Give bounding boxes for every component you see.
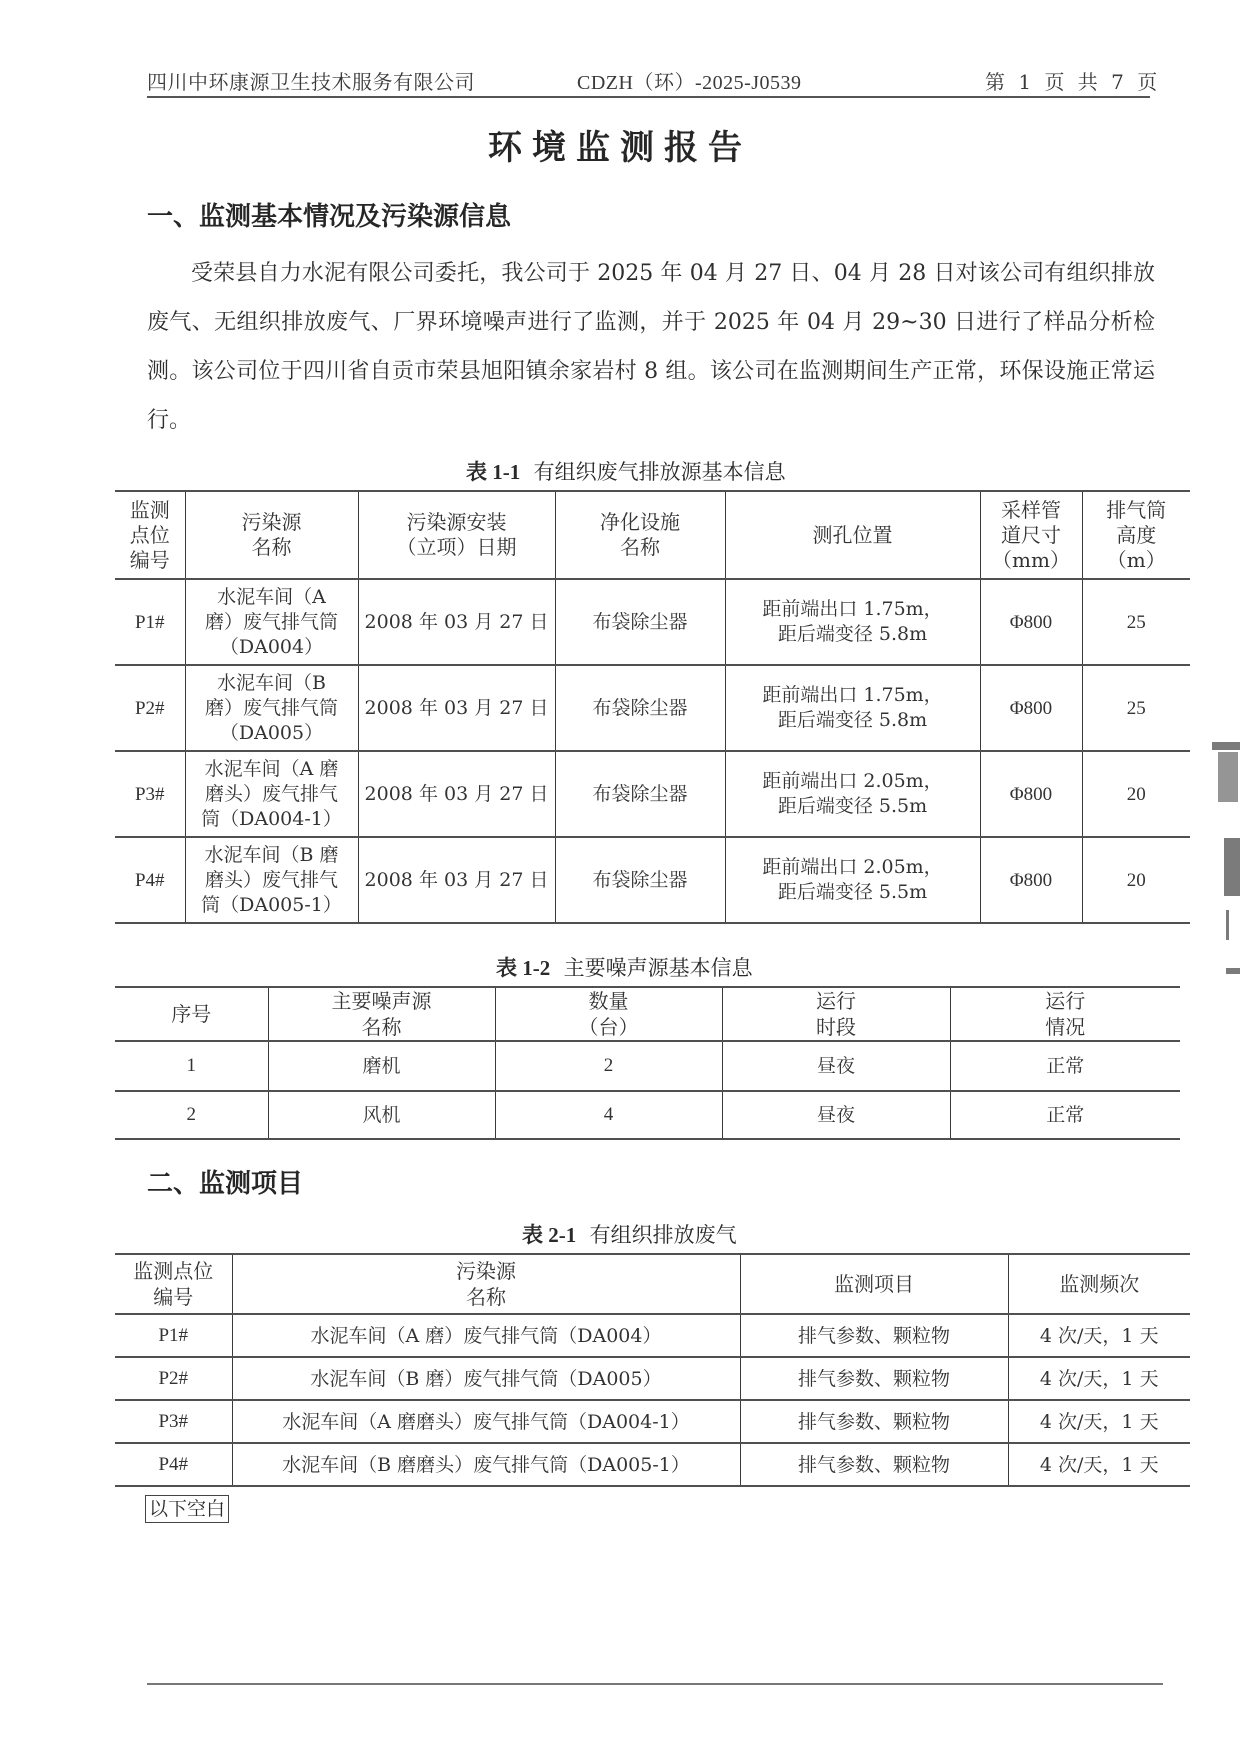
duct-size-cell: Φ800 [980, 579, 1082, 665]
install-date-cell: 2008 年 03 月 27 日 [358, 837, 555, 923]
table-1-1-header-cell: 监测 点位 编号 [115, 491, 185, 579]
frequency-cell: 4 次/天，1 天 [1008, 1443, 1190, 1486]
point-id-cell: P1# [115, 579, 185, 665]
document-title: 环境监测报告 [0, 120, 1240, 169]
stack-height-cell: 20 [1082, 751, 1190, 837]
table-1-1-caption-number: 表 1-1 [466, 460, 520, 484]
point-id-cell: P1# [115, 1314, 232, 1357]
table-1-1-header-cell: 污染源安装 （立项）日期 [358, 491, 555, 579]
source-name-cell: 水泥车间（A 磨磨头）废气排气筒（DA004-1） [232, 1400, 740, 1443]
source-name-cell: 水泥车间（B 磨）废气排气筒（DA005） [232, 1357, 740, 1400]
table-row: 2 风机 4 昼夜 正常 [115, 1091, 1180, 1139]
source-name-cell: 水泥车间（B 磨磨头）废气排气筒（DA005-1） [232, 1443, 740, 1486]
section-1-paragraph: 受荣县自力水泥有限公司委托，我公司于 2025 年 04 月 27 日、04 月… [147, 249, 1155, 445]
seal-fragment-icon [1212, 742, 1240, 750]
seq-cell: 1 [115, 1041, 268, 1091]
table-2-1-header-row: 监测点位 编号 污染源 名称 监测项目 监测频次 [115, 1254, 1190, 1314]
table-row: P1# 水泥车间（A 磨）废气排气筒（DA004） 排气参数、颗粒物 4 次/天… [115, 1314, 1190, 1357]
table-1-2-header-cell: 序号 [115, 987, 268, 1041]
table-1-2-header-cell: 运行 时段 [722, 987, 950, 1041]
source-name-cell: 水泥车间（A 磨）废气排气筒（DA004） [232, 1314, 740, 1357]
monitoring-item-cell: 排气参数、颗粒物 [740, 1400, 1008, 1443]
seal-fragment-icon [1226, 910, 1229, 940]
noise-source-cell: 磨机 [268, 1041, 495, 1091]
frequency-cell: 4 次/天，1 天 [1008, 1357, 1190, 1400]
point-id-cell: P2# [115, 665, 185, 751]
table-1-2-header-cell: 数量 （台） [495, 987, 722, 1041]
table-2-1: 监测点位 编号 污染源 名称 监测项目 监测频次 P1# 水泥车间（A 磨）废气… [115, 1253, 1190, 1487]
table-row: P2# 水泥车间（B 磨）废气排气筒 （DA005） 2008 年 03 月 2… [115, 665, 1190, 751]
table-1-1: 监测 点位 编号 污染源 名称 污染源安装 （立项）日期 净化设施 名称 测孔位… [115, 490, 1190, 924]
point-id-cell: P3# [115, 751, 185, 837]
seal-fragment-icon [1218, 752, 1238, 802]
table-1-2-header-cell: 运行 情况 [950, 987, 1180, 1041]
duct-size-cell: Φ800 [980, 837, 1082, 923]
stack-height-cell: 25 [1082, 579, 1190, 665]
operating-period-cell: 昼夜 [722, 1041, 950, 1091]
table-row: P3# 水泥车间（A 磨 磨头）废气排气 筒（DA004-1） 2008 年 0… [115, 751, 1190, 837]
table-1-1-header-cell: 排气筒 高度 （m） [1082, 491, 1190, 579]
port-position-cell: 距前端出口 1.75m， 距后端变径 5.8m [725, 579, 980, 665]
duct-size-cell: Φ800 [980, 665, 1082, 751]
source-name-cell: 水泥车间（A 磨）废气排气筒 （DA004） [185, 579, 358, 665]
port-position-cell: 距前端出口 2.05m， 距后端变径 5.5m [725, 751, 980, 837]
table-2-1-caption: 表 2-1 有组织排放废气 [522, 1219, 737, 1249]
header-company-name: 四川中环康源卫生技术服务有限公司 [147, 66, 475, 95]
table-row: P4# 水泥车间（B 磨 磨头）废气排气 筒（DA005-1） 2008 年 0… [115, 837, 1190, 923]
frequency-cell: 4 次/天，1 天 [1008, 1400, 1190, 1443]
table-1-2-caption: 表 1-2 主要噪声源基本信息 [496, 952, 753, 982]
seal-fragment-icon [1226, 968, 1240, 974]
treatment-facility-cell: 布袋除尘器 [555, 837, 725, 923]
table-row: P4# 水泥车间（B 磨磨头）废气排气筒（DA005-1） 排气参数、颗粒物 4… [115, 1443, 1190, 1486]
point-id-cell: P2# [115, 1357, 232, 1400]
source-name-cell: 水泥车间（B 磨）废气排气筒 （DA005） [185, 665, 358, 751]
table-row: 1 磨机 2 昼夜 正常 [115, 1041, 1180, 1091]
table-2-1-header-cell: 监测点位 编号 [115, 1254, 232, 1314]
table-2-1-caption-text: 有组织排放废气 [590, 1223, 737, 1247]
header-page-info: 第 1 页 共 7 页 [985, 66, 1158, 95]
seq-cell: 2 [115, 1091, 268, 1139]
operating-period-cell: 昼夜 [722, 1091, 950, 1139]
table-1-2-caption-text: 主要噪声源基本信息 [564, 956, 753, 980]
table-1-1-header-cell: 采样管 道尺寸 （mm） [980, 491, 1082, 579]
stack-height-cell: 20 [1082, 837, 1190, 923]
table-2-1-header-cell: 监测频次 [1008, 1254, 1190, 1314]
point-id-cell: P4# [115, 1443, 232, 1486]
install-date-cell: 2008 年 03 月 27 日 [358, 665, 555, 751]
table-row: P3# 水泥车间（A 磨磨头）废气排气筒（DA004-1） 排气参数、颗粒物 4… [115, 1400, 1190, 1443]
table-row: P2# 水泥车间（B 磨）废气排气筒（DA005） 排气参数、颗粒物 4 次/天… [115, 1357, 1190, 1400]
header-report-code: CDZH（环）-2025-J0539 [577, 66, 802, 95]
blank-below-marker: 以下空白 [145, 1495, 229, 1523]
install-date-cell: 2008 年 03 月 27 日 [358, 751, 555, 837]
point-id-cell: P4# [115, 837, 185, 923]
noise-source-cell: 风机 [268, 1091, 495, 1139]
source-name-cell: 水泥车间（B 磨 磨头）废气排气 筒（DA005-1） [185, 837, 358, 923]
footer-rule [147, 1683, 1163, 1685]
table-2-1-header-cell: 污染源 名称 [232, 1254, 740, 1314]
table-row: P1# 水泥车间（A 磨）废气排气筒 （DA004） 2008 年 03 月 2… [115, 579, 1190, 665]
operating-status-cell: 正常 [950, 1041, 1180, 1091]
section-2-heading: 二、监测项目 [147, 1163, 303, 1200]
table-1-2-header-row: 序号 主要噪声源 名称 数量 （台） 运行 时段 运行 情况 [115, 987, 1180, 1041]
operating-status-cell: 正常 [950, 1091, 1180, 1139]
table-1-1-header-cell: 污染源 名称 [185, 491, 358, 579]
port-position-cell: 距前端出口 2.05m， 距后端变径 5.5m [725, 837, 980, 923]
source-name-cell: 水泥车间（A 磨 磨头）废气排气 筒（DA004-1） [185, 751, 358, 837]
treatment-facility-cell: 布袋除尘器 [555, 751, 725, 837]
table-1-1-header-cell: 净化设施 名称 [555, 491, 725, 579]
duct-size-cell: Φ800 [980, 751, 1082, 837]
treatment-facility-cell: 布袋除尘器 [555, 579, 725, 665]
seal-fragment-icon [1224, 838, 1240, 896]
treatment-facility-cell: 布袋除尘器 [555, 665, 725, 751]
port-position-cell: 距前端出口 1.75m， 距后端变径 5.8m [725, 665, 980, 751]
section-1-heading: 一、监测基本情况及污染源信息 [147, 196, 511, 233]
table-1-2-header-cell: 主要噪声源 名称 [268, 987, 495, 1041]
table-1-1-caption: 表 1-1 有组织废气排放源基本信息 [466, 456, 786, 486]
point-id-cell: P3# [115, 1400, 232, 1443]
quantity-cell: 4 [495, 1091, 722, 1139]
table-2-1-header-cell: 监测项目 [740, 1254, 1008, 1314]
quantity-cell: 2 [495, 1041, 722, 1091]
table-1-1-caption-text: 有组织废气排放源基本信息 [534, 460, 786, 484]
table-1-1-header-cell: 测孔位置 [725, 491, 980, 579]
stack-height-cell: 25 [1082, 665, 1190, 751]
monitoring-item-cell: 排气参数、颗粒物 [740, 1443, 1008, 1486]
monitoring-item-cell: 排气参数、颗粒物 [740, 1314, 1008, 1357]
header-rule [147, 96, 1150, 98]
table-1-2-caption-number: 表 1-2 [496, 956, 550, 980]
install-date-cell: 2008 年 03 月 27 日 [358, 579, 555, 665]
monitoring-item-cell: 排气参数、颗粒物 [740, 1357, 1008, 1400]
table-1-1-header-row: 监测 点位 编号 污染源 名称 污染源安装 （立项）日期 净化设施 名称 测孔位… [115, 491, 1190, 579]
table-2-1-caption-number: 表 2-1 [522, 1223, 576, 1247]
table-1-2: 序号 主要噪声源 名称 数量 （台） 运行 时段 运行 情况 1 磨机 2 昼夜… [115, 986, 1180, 1140]
frequency-cell: 4 次/天，1 天 [1008, 1314, 1190, 1357]
